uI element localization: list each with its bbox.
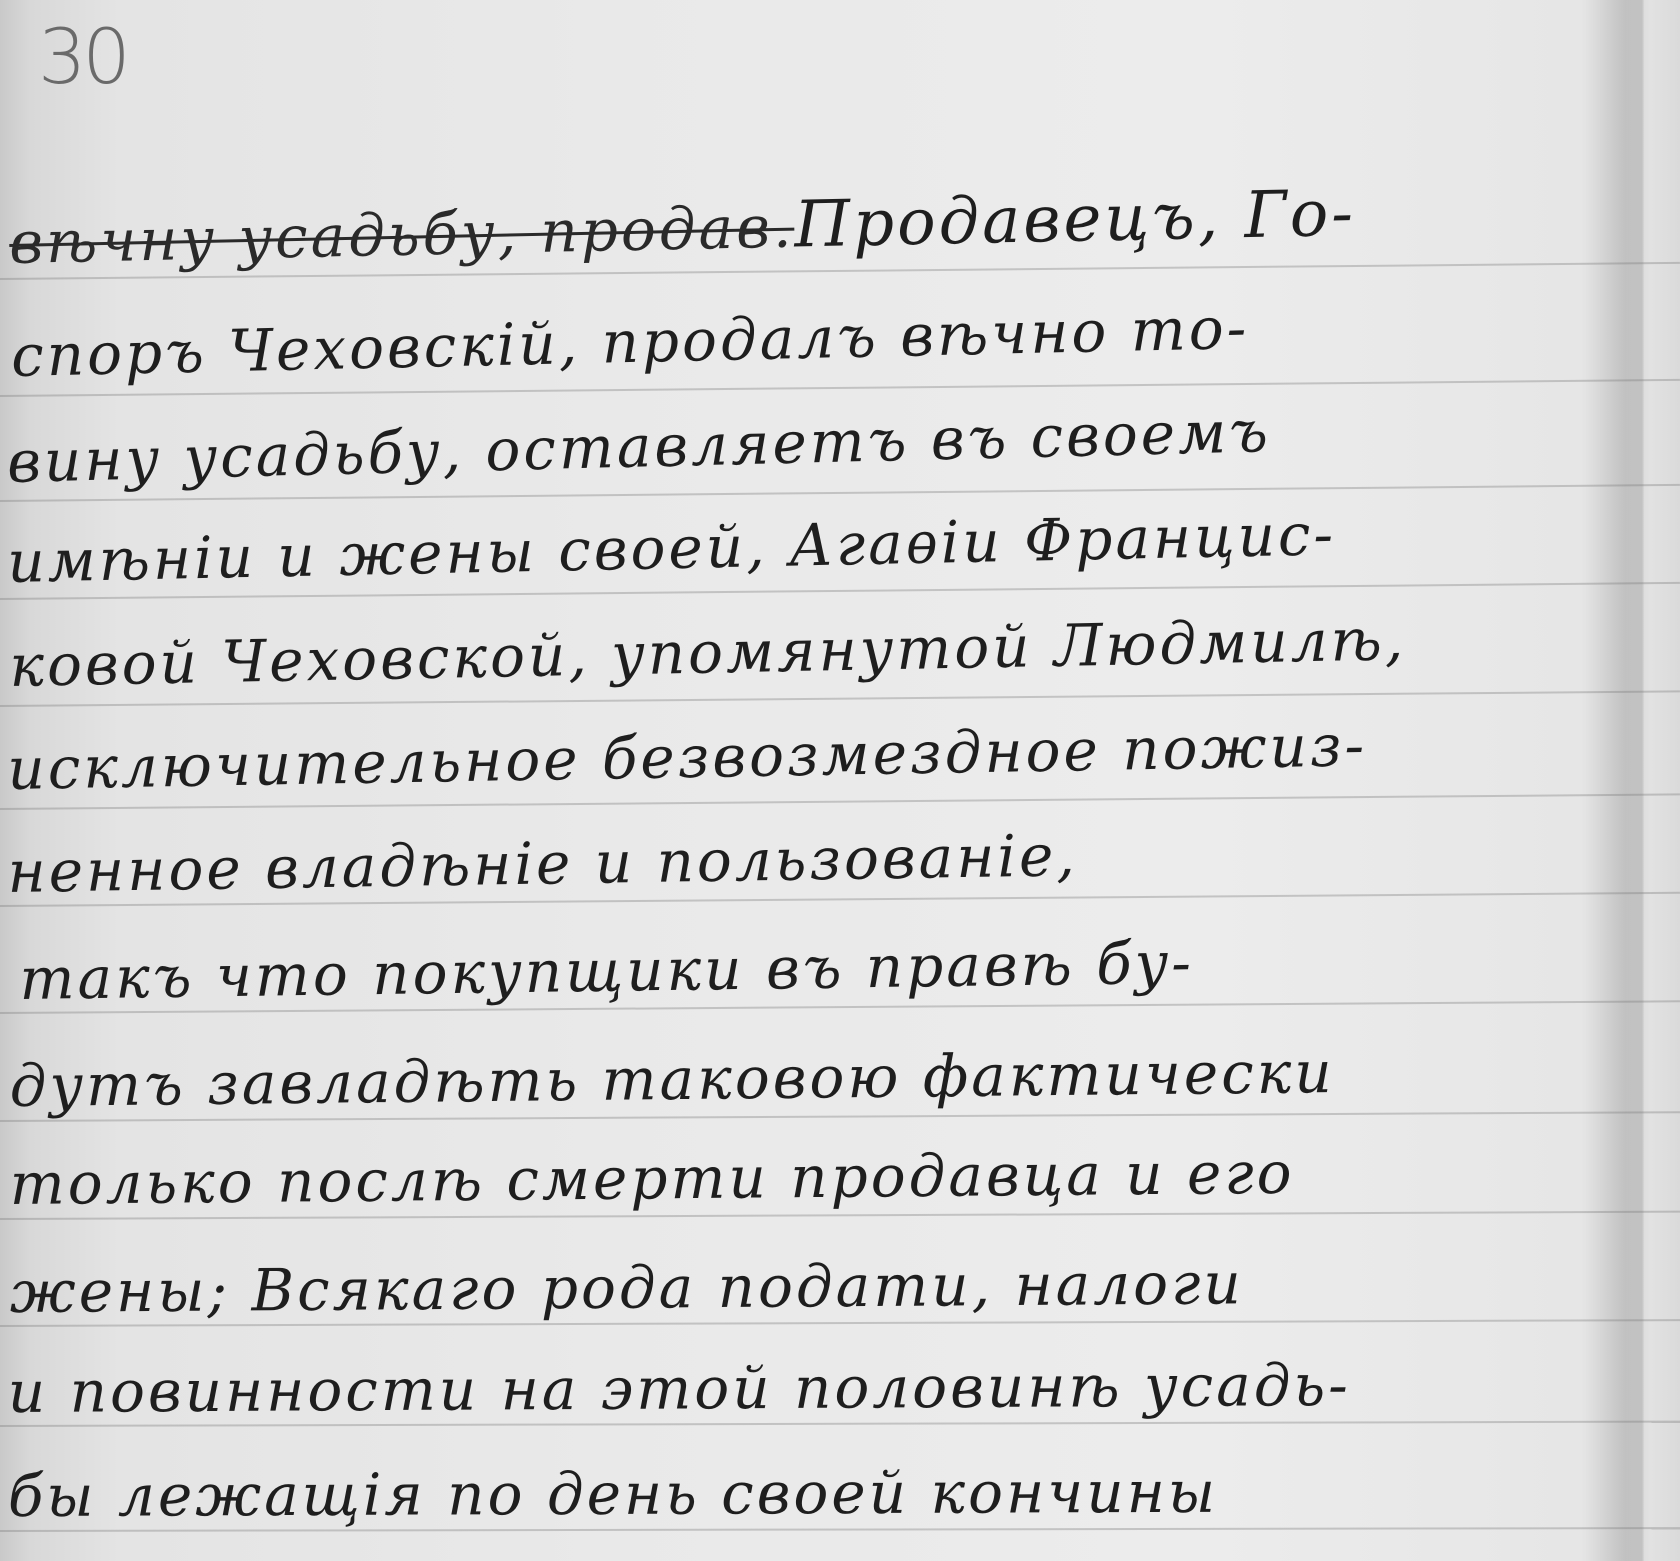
- line-text: дутъ завладѣть таковою фактически: [9, 1038, 1335, 1120]
- manuscript-line-1: вѣчну усадьбу, продав. Продавецъ, Го-: [8, 171, 1629, 279]
- line-text: имѣніи и жены своей, Агаѳіи Францис-: [7, 500, 1337, 596]
- manuscript-line-10: только послѣ смерти продавца и его: [9, 1136, 1630, 1218]
- manuscript-line-13: бы лежащія по день своей кончины: [8, 1456, 1628, 1530]
- line-text: ковой Чеховской, упомянутой Людмилѣ,: [9, 605, 1407, 700]
- line-text: ненное владѣніе и пользованіе,: [7, 821, 1078, 906]
- manuscript-line-4: имѣніи и жены своей, Агаѳіи Францис-: [7, 494, 1628, 596]
- manuscript-line-8: такъ что покупщики въ правѣ бу-: [19, 922, 1640, 1013]
- line-text: вину усадьбу, оставляетъ въ своемъ: [6, 397, 1271, 496]
- line-text: и повинности на этой половинѣ усадь-: [8, 1351, 1351, 1426]
- line-text: Продавецъ, Го-: [793, 177, 1356, 263]
- manuscript-line-6: исключительное безвозмездное пожиз-: [7, 707, 1628, 803]
- line-text: жены; Всякаго рода подати, налоги: [10, 1249, 1244, 1326]
- line-text: такъ что покупщики въ правѣ бу-: [19, 929, 1194, 1013]
- line-text: споръ Чеховскій, продалъ вѣчно то-: [10, 294, 1250, 390]
- manuscript-line-2: споръ Чеховскій, продалъ вѣчно то-: [10, 285, 1631, 390]
- manuscript-line-3: вину усадьбу, оставляетъ въ своемъ: [6, 388, 1627, 496]
- line-text: только послѣ смерти продавца и его: [9, 1139, 1294, 1218]
- line-text: бы лежащія по день своей кончины: [8, 1458, 1218, 1530]
- struck-through-text: вѣчну усадьбу, продав.: [9, 193, 795, 277]
- manuscript-page: 30 вѣчну усадьбу, продав. Продавецъ, Го-…: [0, 0, 1680, 1561]
- manuscript-line-7: ненное владѣніе и пользованіе,: [7, 813, 1628, 906]
- manuscript-line-12: и повинности на этой половинѣ усадь-: [8, 1350, 1628, 1426]
- manuscript-line-11: жены; Всякаго рода подати, налоги: [10, 1247, 1630, 1326]
- page-number: 30: [38, 12, 127, 101]
- line-text: исключительное безвозмездное пожиз-: [7, 711, 1368, 803]
- manuscript-line-9: дутъ завладѣть таковою фактически: [9, 1035, 1630, 1120]
- manuscript-line-5: ковой Чеховской, упомянутой Людмилѣ,: [9, 601, 1630, 700]
